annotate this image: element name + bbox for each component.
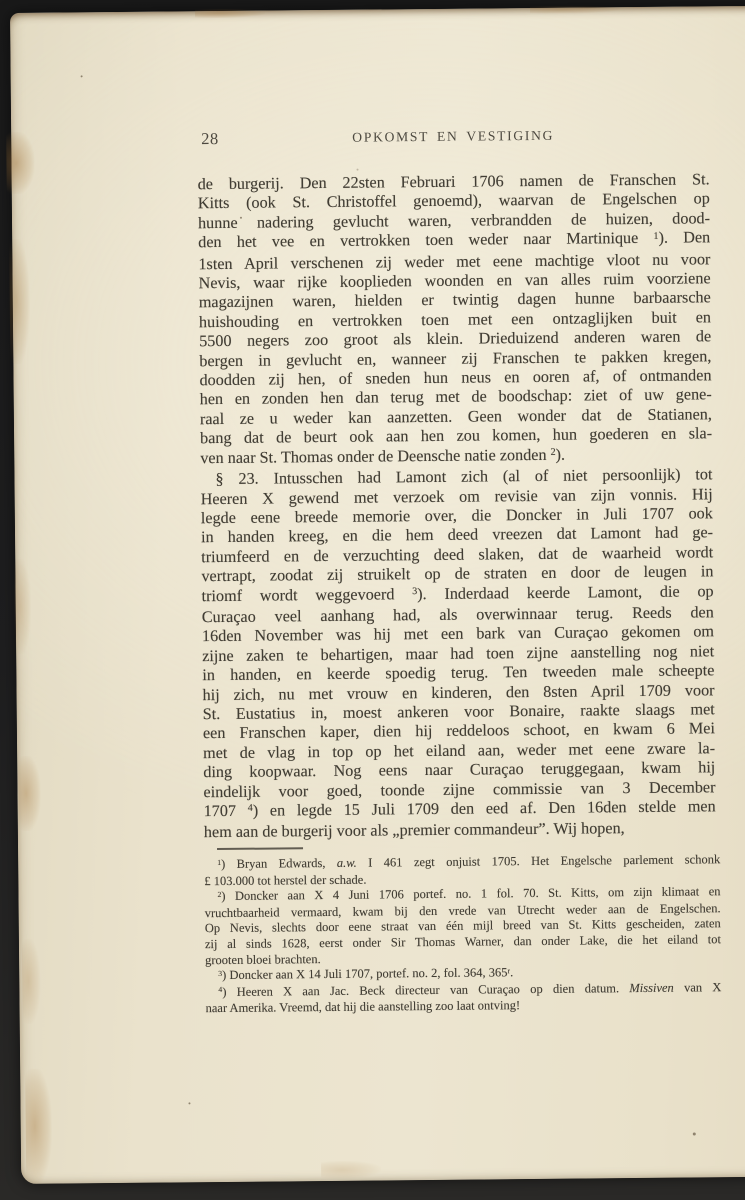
footnote-separator-rule	[217, 847, 303, 850]
paper-stain	[195, 9, 265, 19]
footnote-marker: 2	[217, 890, 221, 899]
footnote-marker: 1	[217, 858, 221, 867]
footnote-marker: 3	[218, 969, 222, 978]
text-run: 1707	[204, 802, 248, 820]
paper-stain	[22, 939, 41, 1024]
dust-speck	[357, 169, 359, 171]
text-run: van X	[674, 980, 722, 994]
text-run: triomf wordt weggevoerd	[202, 585, 413, 605]
text-run: ) Bryan Edwards,	[221, 856, 337, 871]
dust-speck	[188, 1102, 190, 1104]
running-head: OPKOMST EN VESTIGING	[197, 126, 709, 147]
text-run: .	[510, 965, 513, 979]
paper-stain	[18, 756, 41, 831]
text-run: I 461 zegt onjuist 1705. Het Engelsche p…	[357, 852, 721, 869]
text-run: den het vee en vertrokken toen weder naa…	[198, 229, 653, 251]
footnote-marker: 2	[551, 447, 556, 458]
text-run: Missiven	[629, 980, 674, 994]
text-run: grooten bloei brachten.	[205, 952, 321, 967]
paper-stain	[9, 239, 30, 364]
text-run: ) Heeren X aan Jac. Beck directeur van C…	[222, 981, 629, 999]
text-run: naar Amerika. Vreemd, dat hij die aanste…	[205, 998, 520, 1015]
dust-speck	[693, 1132, 696, 1135]
paper-stain	[530, 5, 620, 14]
page-header: 28 OPKOMST EN VESTIGING	[197, 124, 709, 149]
scanner-background: 28 OPKOMST EN VESTIGING de burgerij. Den…	[0, 0, 745, 1200]
text-run: a.w.	[337, 856, 357, 870]
text-line: hem aan de burgerij voor als „premier co…	[204, 819, 716, 843]
body-text: de burgerij. Den 22sten Februari 1706 na…	[198, 170, 716, 843]
text-run: ven naar St. Thomas onder de Deensche na…	[200, 446, 550, 467]
footnote-marker: 4	[218, 985, 222, 994]
paper-stain	[321, 1160, 381, 1179]
text-run: ).	[556, 445, 566, 463]
footnote-marker: r	[507, 966, 510, 975]
text-run: ). Den	[658, 229, 710, 247]
book-page: 28 OPKOMST EN VESTIGING de burgerij. Den…	[10, 6, 745, 1184]
paper-stain	[14, 559, 31, 654]
paper-stain	[25, 1069, 52, 1184]
footnotes: 1) Bryan Edwards, a.w. I 461 zegt onjuis…	[204, 852, 722, 1017]
text-run: £ 103.000 tot herstel der schade.	[204, 872, 366, 888]
footnote-marker: 4	[248, 803, 253, 814]
paper-stain	[6, 132, 35, 194]
text-run: ) en legde 15 Juli 1709 den eed af. Den …	[253, 797, 716, 819]
text-run: ). Inderdaad keerde Lamont, die op	[417, 582, 714, 603]
footnote-marker: 3	[412, 586, 417, 597]
text-run: hem aan de burgerij voor als „premier co…	[204, 820, 625, 842]
footnote-marker: 1	[653, 230, 658, 241]
text-run: bang dat de beurt ook aan hen zou komen,…	[200, 425, 712, 448]
dust-speck	[81, 75, 83, 77]
text-run: ) Doncker aan X 14 Juli 1707, portef. no…	[222, 965, 507, 982]
